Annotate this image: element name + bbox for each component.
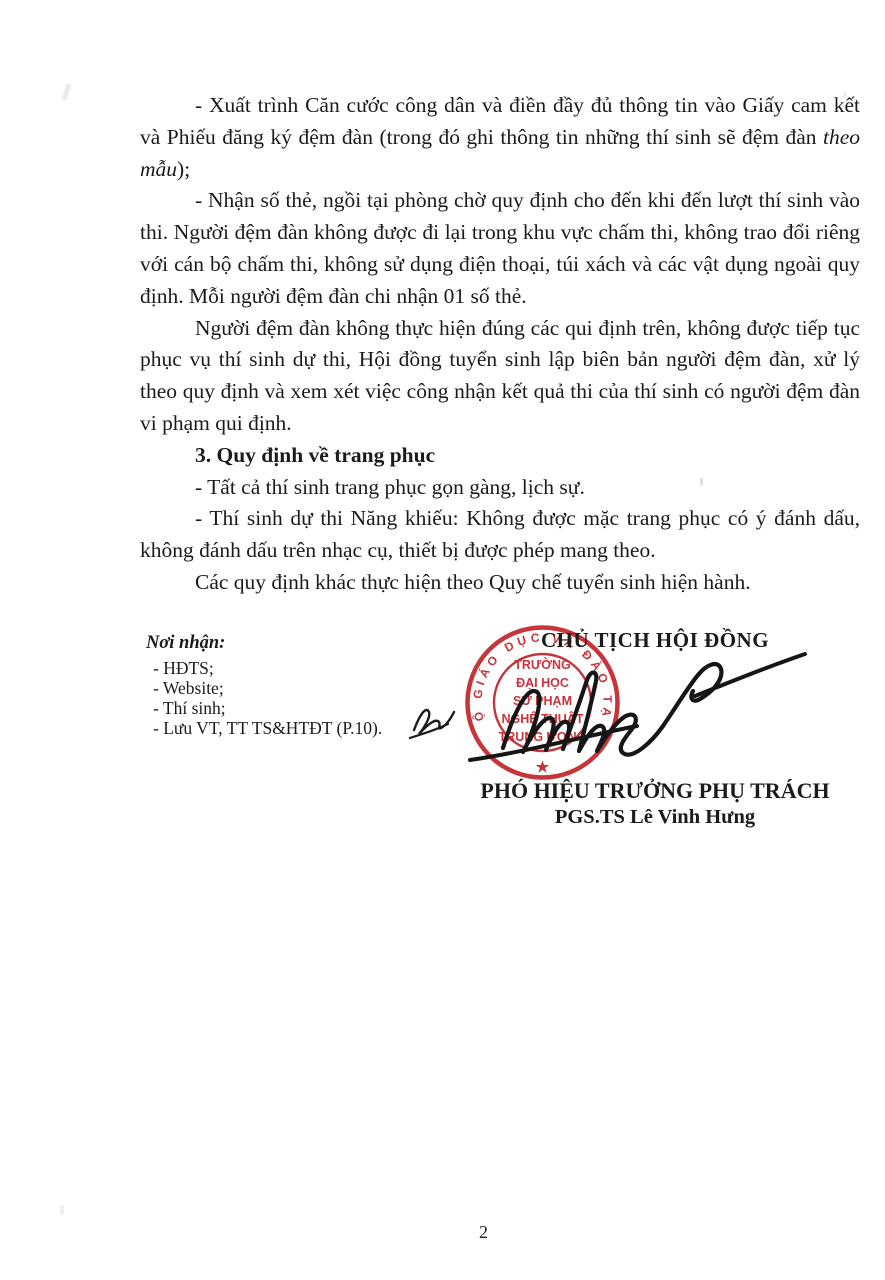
recipients-label: Nơi nhận: <box>146 633 446 654</box>
signature-loops-stroke <box>503 664 721 755</box>
paragraph-1-tail: ); <box>177 157 190 181</box>
document-body: - Xuất trình Căn cước công dân và điền đ… <box>140 90 860 599</box>
scan-artifact <box>700 478 703 485</box>
section-3-heading: 3. Quy định về trang phục <box>140 440 860 472</box>
paragraph-1-main: - Xuất trình Căn cước công dân và điền đ… <box>140 93 860 149</box>
initial-scribble <box>404 700 456 742</box>
bullet-marking-rule: - Thí sinh dự thi Năng khiếu: Không được… <box>140 503 860 567</box>
document-page: - Xuất trình Căn cước công dân và điền đ… <box>0 0 885 1280</box>
scan-artifact <box>843 92 847 97</box>
recipient-item: - Thí sinh; <box>146 698 446 718</box>
paragraph-id-requirement: - Xuất trình Căn cước công dân và điền đ… <box>140 90 860 185</box>
signer-name: PGS.TS Lê Vinh Hưng <box>440 806 870 829</box>
signature-ink <box>455 630 825 790</box>
scan-artifact <box>60 1205 64 1215</box>
paragraph-violation: Người đệm đàn không thực hiện đúng các q… <box>140 313 860 440</box>
paragraph-card-rules: - Nhận số thẻ, ngồi tại phòng chờ quy đị… <box>140 185 860 312</box>
page-number: 2 <box>479 1222 488 1243</box>
recipient-item: - Lưu VT, TT TS&HTĐT (P.10). <box>146 718 446 738</box>
bullet-dress-code: - Tất cả thí sinh trang phục gọn gàng, l… <box>140 472 860 504</box>
recipient-item: - HĐTS; <box>146 658 446 678</box>
signature-flourish-stroke <box>695 654 805 696</box>
recipient-item: - Website; <box>146 678 446 698</box>
recipients-block: Nơi nhận: - HĐTS; - Website; - Thí sinh;… <box>146 633 446 738</box>
scan-artifact <box>62 84 72 101</box>
closing-line: Các quy định khác thực hiện theo Quy chế… <box>140 567 860 599</box>
